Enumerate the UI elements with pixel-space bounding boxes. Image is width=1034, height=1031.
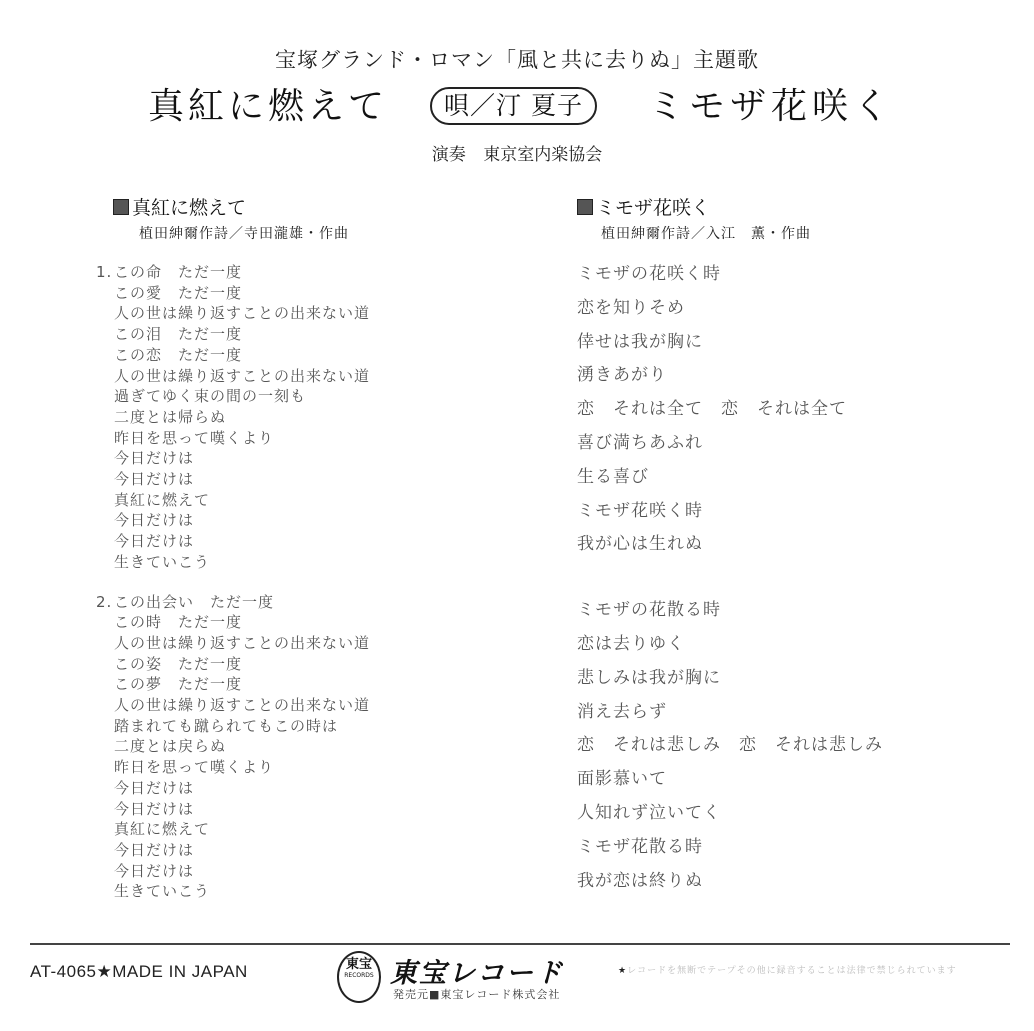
verse-2: ミモザの花散る時 恋は去りゆく 悲しみは我が胸に 消え去らず 恋 それは悲しみ … (577, 594, 883, 898)
lyric-line: 人の世は繰り返すことの出来ない道 (96, 695, 370, 716)
lyric-line: ミモザ花咲く時 (577, 495, 883, 529)
verse-number: 2. (96, 592, 114, 613)
lyric-line: 恋は去りゆく (577, 628, 883, 662)
singer-badge: 唄／汀 夏子 (430, 87, 597, 125)
song-a-header: 真紅に燃えて 植田紳爾作詩／寺田瀧雄・作曲 (113, 193, 349, 243)
label-logo-text: 東宝レコード (390, 951, 564, 990)
verse-1: ミモザの花咲く時 恋を知りそめ 倖せは我が胸に 湧きあがり 恋 それは全て 恋 … (577, 258, 883, 562)
performer-credit: 演奏 東京室内楽協会 (0, 140, 1034, 165)
lyric-line: 倖せは我が胸に (577, 326, 883, 360)
lyric-line: 恋を知りそめ (577, 292, 883, 326)
lyric-line: 生る喜び (577, 461, 883, 495)
performer-label: 演奏 (432, 145, 466, 165)
lyric-line: 人知れず泣いてく (577, 797, 883, 831)
verse-spacer (577, 562, 883, 594)
lyric-line: 今日だけは (96, 840, 370, 861)
verse-1: 1.この命 ただ一度 この愛 ただ一度 人の世は繰り返すことの出来ない道 この泪… (96, 262, 370, 573)
album-subtitle: 宝塚グランド・ロマン「風と共に去りぬ」主題歌 (0, 44, 1034, 74)
lyric-line: 今日だけは (96, 861, 370, 882)
lyric-line: 二度とは帰らぬ (96, 407, 370, 428)
square-bullet-icon (113, 199, 129, 215)
lyric-line: この夢 ただ一度 (96, 674, 370, 695)
footer-divider (30, 943, 1010, 945)
lyric-line: 恋 それは全て 恋 それは全て (577, 393, 883, 427)
star-icon: ★ (618, 966, 627, 976)
song-a-heading-text: 真紅に燃えて (132, 193, 246, 220)
song-b-heading-text: ミモザ花咲く (596, 193, 710, 220)
lyric-line: この時 ただ一度 (96, 612, 370, 633)
song-b-lyrics: ミモザの花咲く時 恋を知りそめ 倖せは我が胸に 湧きあがり 恋 それは全て 恋 … (577, 258, 883, 898)
song-a-heading: 真紅に燃えて (113, 193, 349, 220)
distributor-credit: 発売元■東宝レコード株式会社 (393, 986, 560, 1002)
lyric-line: 悲しみは我が胸に (577, 662, 883, 696)
square-bullet-icon (577, 199, 593, 215)
lyric-line: ミモザの花散る時 (577, 594, 883, 628)
toho-records-logo-icon: 東宝 RECORDS (337, 951, 381, 1003)
lyric-line: 人の世は繰り返すことの出来ない道 (96, 633, 370, 654)
lyric-line: 喜び満ちあふれ (577, 427, 883, 461)
song-b-heading: ミモザ花咲く (577, 193, 811, 220)
lyric-line: 今日だけは (96, 799, 370, 820)
lyric-line: 今日だけは (96, 510, 370, 531)
lyric-line: 今日だけは (96, 448, 370, 469)
performer-name: 東京室内楽協会 (483, 145, 602, 165)
lyric-line: この恋 ただ一度 (96, 345, 370, 366)
copyright-notice: ★レコードを無断でテープその他に録音することは法律で禁じられています (618, 963, 957, 976)
verse-number: 1. (96, 262, 114, 283)
song-a-lyrics: 1.この命 ただ一度 この愛 ただ一度 人の世は繰り返すことの出来ない道 この泪… (96, 262, 370, 902)
catalog-number: AT-4065★MADE IN JAPAN (30, 962, 248, 982)
lyric-line: 消え去らず (577, 696, 883, 730)
lyric-line: 我が心は生れぬ (577, 528, 883, 562)
lyric-line: この愛 ただ一度 (96, 283, 370, 304)
lyric-line: 湧きあがり (577, 359, 883, 393)
verse-2: 2.この出会い ただ一度 この時 ただ一度 人の世は繰り返すことの出来ない道 こ… (96, 592, 370, 903)
lyric-line: 踏まれても蹴られてもこの時は (96, 716, 370, 737)
lyric-line: この姿 ただ一度 (96, 654, 370, 675)
lyric-line: 2.この出会い ただ一度 (96, 592, 370, 613)
lyric-line: 今日だけは (96, 469, 370, 490)
lyric-line: ミモザ花散る時 (577, 831, 883, 865)
lyric-line: 今日だけは (96, 531, 370, 552)
song-b-title: ミモザ花咲く (648, 78, 894, 129)
lyric-line: 人の世は繰り返すことの出来ない道 (96, 366, 370, 387)
lyric-line: 真紅に燃えて (96, 819, 370, 840)
lyric-line: 面影慕いて (577, 763, 883, 797)
lyric-line: 1.この命 ただ一度 (96, 262, 370, 283)
lyric-line: 生きていこう (96, 552, 370, 573)
logo-mark-sub: RECORDS (339, 972, 379, 980)
lyric-line: 真紅に燃えて (96, 490, 370, 511)
lyric-line: 今日だけは (96, 778, 370, 799)
lyric-line: 昨日を思って嘆くより (96, 428, 370, 449)
copyright-text: レコードを無断でテープその他に録音することは法律で禁じられています (627, 966, 957, 976)
lyric-line: 二度とは戻らぬ (96, 736, 370, 757)
lyric-line: ミモザの花咲く時 (577, 258, 883, 292)
lyric-line: 生きていこう (96, 881, 370, 902)
lyric-line: 人の世は繰り返すことの出来ない道 (96, 303, 370, 324)
lyric-line: 昨日を思って嘆くより (96, 757, 370, 778)
song-a-credit: 植田紳爾作詩／寺田瀧雄・作曲 (139, 223, 349, 243)
lyric-line: 我が恋は終りぬ (577, 865, 883, 899)
song-b-header: ミモザ花咲く 植田紳爾作詩／入江 薫・作曲 (577, 193, 811, 243)
logo-mark: 東宝 (339, 958, 379, 972)
lyric-line: この泪 ただ一度 (96, 324, 370, 345)
verse-spacer (96, 573, 370, 592)
song-b-credit: 植田紳爾作詩／入江 薫・作曲 (601, 223, 811, 243)
song-a-title: 真紅に燃えて (148, 78, 388, 129)
lyric-line: 過ぎてゆく束の間の一刻も (96, 386, 370, 407)
lyric-line: 恋 それは悲しみ 恋 それは悲しみ (577, 729, 883, 763)
